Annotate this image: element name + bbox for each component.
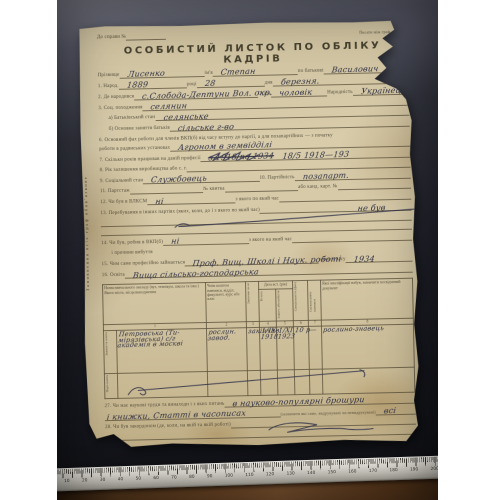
reference-line: До справи № Писати між граф. одної — — [97, 29, 408, 42]
item12-field: ні — [147, 197, 235, 205]
item2-nation: Українець — [360, 88, 406, 96]
item14-field: ні — [163, 238, 249, 246]
ruler-number: 120 — [266, 472, 274, 477]
ruler-number: 10 — [64, 479, 70, 484]
item3a-label: а) Батьківський стан — [109, 115, 156, 122]
item14-value: ні — [171, 239, 180, 246]
patronymic-value: Василович — [331, 66, 379, 74]
item10-label: 10. Партійність — [259, 175, 294, 182]
item7-scribble-strokes — [206, 148, 266, 161]
item1-month: березня. — [280, 79, 319, 87]
ruler-number: 150 — [328, 470, 336, 475]
th-date-in: Вступу — [259, 289, 277, 322]
document-wrapper: Заповнення всіх граф обов'язкове До спра… — [78, 18, 431, 449]
photo-background: Заповнення всіх граф обов'язкове До спра… — [57, 0, 438, 500]
item7-label: 7. Скільки років працював на даній профе… — [99, 156, 200, 164]
refline-gap — [166, 36, 359, 40]
item8-label: 8. Рік залишення виробництва або с. г. — [100, 166, 188, 174]
row1-school: Петровська (Ти-мірязівська) с/г академія… — [116, 328, 207, 373]
ruler-number: 40 — [118, 477, 124, 482]
ruler-number: 90 — [207, 474, 213, 479]
item7-value: 18/5 1918—193 — [282, 152, 350, 161]
item11-field3 — [338, 188, 411, 191]
case-number-label: До справи № — [97, 35, 127, 42]
item2-sex: чоловік — [278, 90, 312, 98]
item15-label: 15. Чим саме професійно займається — [102, 261, 186, 269]
item2-nation-field: Українець — [353, 88, 409, 96]
item3b-field: сільське г-во — [170, 121, 410, 133]
item15-value: Проф. Вищ. Школі і Наук. роботі — [192, 256, 342, 267]
table-row: Парт-освіта — [104, 367, 414, 398]
th-date-out: Закінч. або вибуття — [276, 288, 294, 321]
row1-specialty: 10 р — [293, 326, 309, 369]
th-specialty: Спеціальність (фах) — [293, 281, 309, 321]
item7-field: з 1918 по 1934 18/5 1918—193 — [201, 151, 411, 162]
item12-mid-label: з якого по який час — [235, 197, 279, 204]
left-margin-note: Заповнення всіх граф обов'язкове — [82, 175, 89, 290]
row1-side-label: Звання та освіта — [103, 330, 117, 373]
item27-value2: і книжки, Статті в часописах — [106, 411, 246, 422]
item27-note: (зазначити які саме, видрукувані чи неви… — [280, 409, 375, 417]
item11-label: 11. Партстаж — [100, 189, 130, 196]
top-right-note: Писати між граф. одної — — [359, 29, 408, 36]
item2-nation-label: Народність — [327, 90, 353, 97]
item2-sex-field: чоловік — [271, 90, 327, 98]
ruler-number: 20 — [82, 478, 88, 483]
item15-field: Проф. Вищ. Школі і Наук. роботі — [185, 257, 319, 266]
item9-value: Службовець — [151, 176, 208, 184]
item14-field2 — [292, 240, 412, 244]
item1-month-field: березня. — [273, 77, 409, 86]
ruler-number: 50 — [135, 477, 141, 482]
item27-label: 27. Чи має наукові труди та винаходи і з… — [105, 401, 225, 410]
item16-value: Вища сільсько-господарська — [132, 269, 259, 279]
item2-label: 2. Де народився — [98, 94, 134, 101]
item12-field2 — [279, 199, 411, 203]
ruler-number: 190 — [410, 467, 418, 472]
item11-mid-label: № квитка — [203, 187, 225, 193]
th-years: Скільки років навчався — [308, 280, 322, 320]
item3-label: 3. Соц. походження — [98, 105, 142, 112]
row1-date-out: 1/XI 1923 — [276, 327, 294, 370]
item1-year-field: 1889 — [119, 82, 187, 90]
item11-end-label: або канд. карт. № — [298, 185, 338, 192]
row1-cost: рослин. завод. — [206, 328, 247, 372]
table-header-row-1: Назва навчального закладу (вуз, технікум… — [103, 278, 413, 292]
item27-field3: всі — [376, 408, 416, 415]
item16-label: 16. Освіта — [102, 273, 125, 279]
item16-row: 16. Освіта Вища сільсько-господарська — [102, 266, 413, 279]
item15-field2: 1934 — [346, 255, 413, 263]
ruler-number: 100 — [225, 473, 233, 478]
ruler-number: 170 — [369, 469, 377, 474]
item27-field2: і книжки, Статті в часописах — [105, 411, 281, 421]
surname-label: Прізвище — [98, 73, 120, 79]
item11-field2 — [225, 190, 298, 193]
ruler-number: 160 — [348, 469, 356, 474]
item16-field: Вища сільсько-господарська — [125, 266, 413, 279]
patronymic-label: по батькові — [298, 68, 324, 75]
item14-sub-label: і причини вибуття — [111, 250, 152, 257]
firstname-value: Степан — [220, 69, 256, 77]
ruler-number: 130 — [286, 471, 294, 476]
ruler-number: 140 — [307, 471, 315, 476]
screenshot-root: Заповнення всіх граф обов'язкове До спра… — [0, 0, 500, 500]
education-table: Назва навчального закладу (вуз, технікум… — [102, 278, 415, 399]
item3b-label: б) Основне заняття батьків — [109, 126, 170, 133]
item8-field — [187, 167, 411, 173]
item1-year-label: році — [187, 82, 197, 88]
item3-field: селянин — [142, 99, 409, 111]
th-cost: Чиїм коштом навчався, відділ, факультет,… — [206, 282, 247, 323]
item2-place: с.Слобода-Дептуни Вол. окр. — [142, 90, 273, 101]
item1-day-label: дня — [265, 80, 273, 86]
item2-place-field: с.Слобода-Дептуни Вол. окр. — [134, 91, 258, 100]
item1-label: 1. Народ. — [98, 84, 119, 90]
item27-extra: всі — [383, 408, 396, 415]
ruler-number: 200 — [431, 467, 438, 472]
item14-mid-label: з якого на який час — [249, 237, 292, 244]
surname-field: Лисенко — [119, 70, 204, 78]
firstname-label: ім'я — [204, 71, 212, 77]
patronymic-field: Василович — [323, 66, 408, 74]
row1-finished: закінчив — [246, 327, 260, 370]
personnel-form-document: Заповнення всіх граф обов'язкове До спра… — [78, 18, 431, 449]
item1-day: 28 — [204, 81, 215, 88]
row1-date-in: 1/IX 1918 — [259, 327, 277, 370]
item11-field1 — [130, 192, 203, 195]
item15-value2: 1934 — [353, 256, 375, 263]
ruler-number: 60 — [153, 476, 159, 481]
case-number-blank — [126, 39, 166, 41]
ruler-number: 110 — [245, 473, 253, 478]
row1-years: — — [308, 326, 322, 369]
item1-year: 1889 — [126, 82, 148, 89]
item3a-value: селянське — [163, 114, 209, 122]
firstname-field: Степан — [213, 68, 298, 76]
item9-field: Службовець — [143, 175, 259, 184]
surname-value: Лисенко — [127, 71, 165, 79]
ruler-number: 180 — [389, 468, 397, 473]
item3b-value: сільське г-во — [178, 124, 235, 132]
item1-day-field: 28 — [196, 80, 264, 88]
item10-value: позапарт. — [302, 173, 349, 181]
item3a-field: селянське — [155, 110, 409, 122]
row2-school — [117, 371, 208, 398]
item3-value: селянин — [150, 103, 188, 111]
ruler-number: 30 — [100, 478, 106, 483]
item9-label: 9. Соціальний стан — [100, 178, 143, 185]
th-school: Назва навчального закладу (вуз, технікум… — [103, 283, 207, 325]
th-finished: Закінчив чи ні — [246, 282, 260, 322]
item6-label-line2: роботи в радянських установах — [99, 145, 170, 152]
row1-qualification: рослино-знавець — [321, 324, 414, 369]
table-row: Звання та освіта Петровська (Ти-мірязівс… — [103, 324, 414, 373]
row2-side-label: Парт-освіта — [104, 373, 118, 398]
item27-value1: в науково-популярні брошури — [232, 397, 365, 408]
item14-label: 14. Чи був, робив в ВКП(б) — [101, 240, 163, 247]
item12-value: ні — [155, 199, 164, 206]
ruler-number: 70 — [171, 475, 177, 480]
th-qualification: Якої кваліфікації набув, зазначити посві… — [321, 278, 414, 320]
item10-field: позапарт. — [294, 172, 410, 181]
ruler-number: 80 — [189, 475, 195, 480]
item12-label: 12. Чи був в ВЛКСМ — [100, 199, 147, 206]
